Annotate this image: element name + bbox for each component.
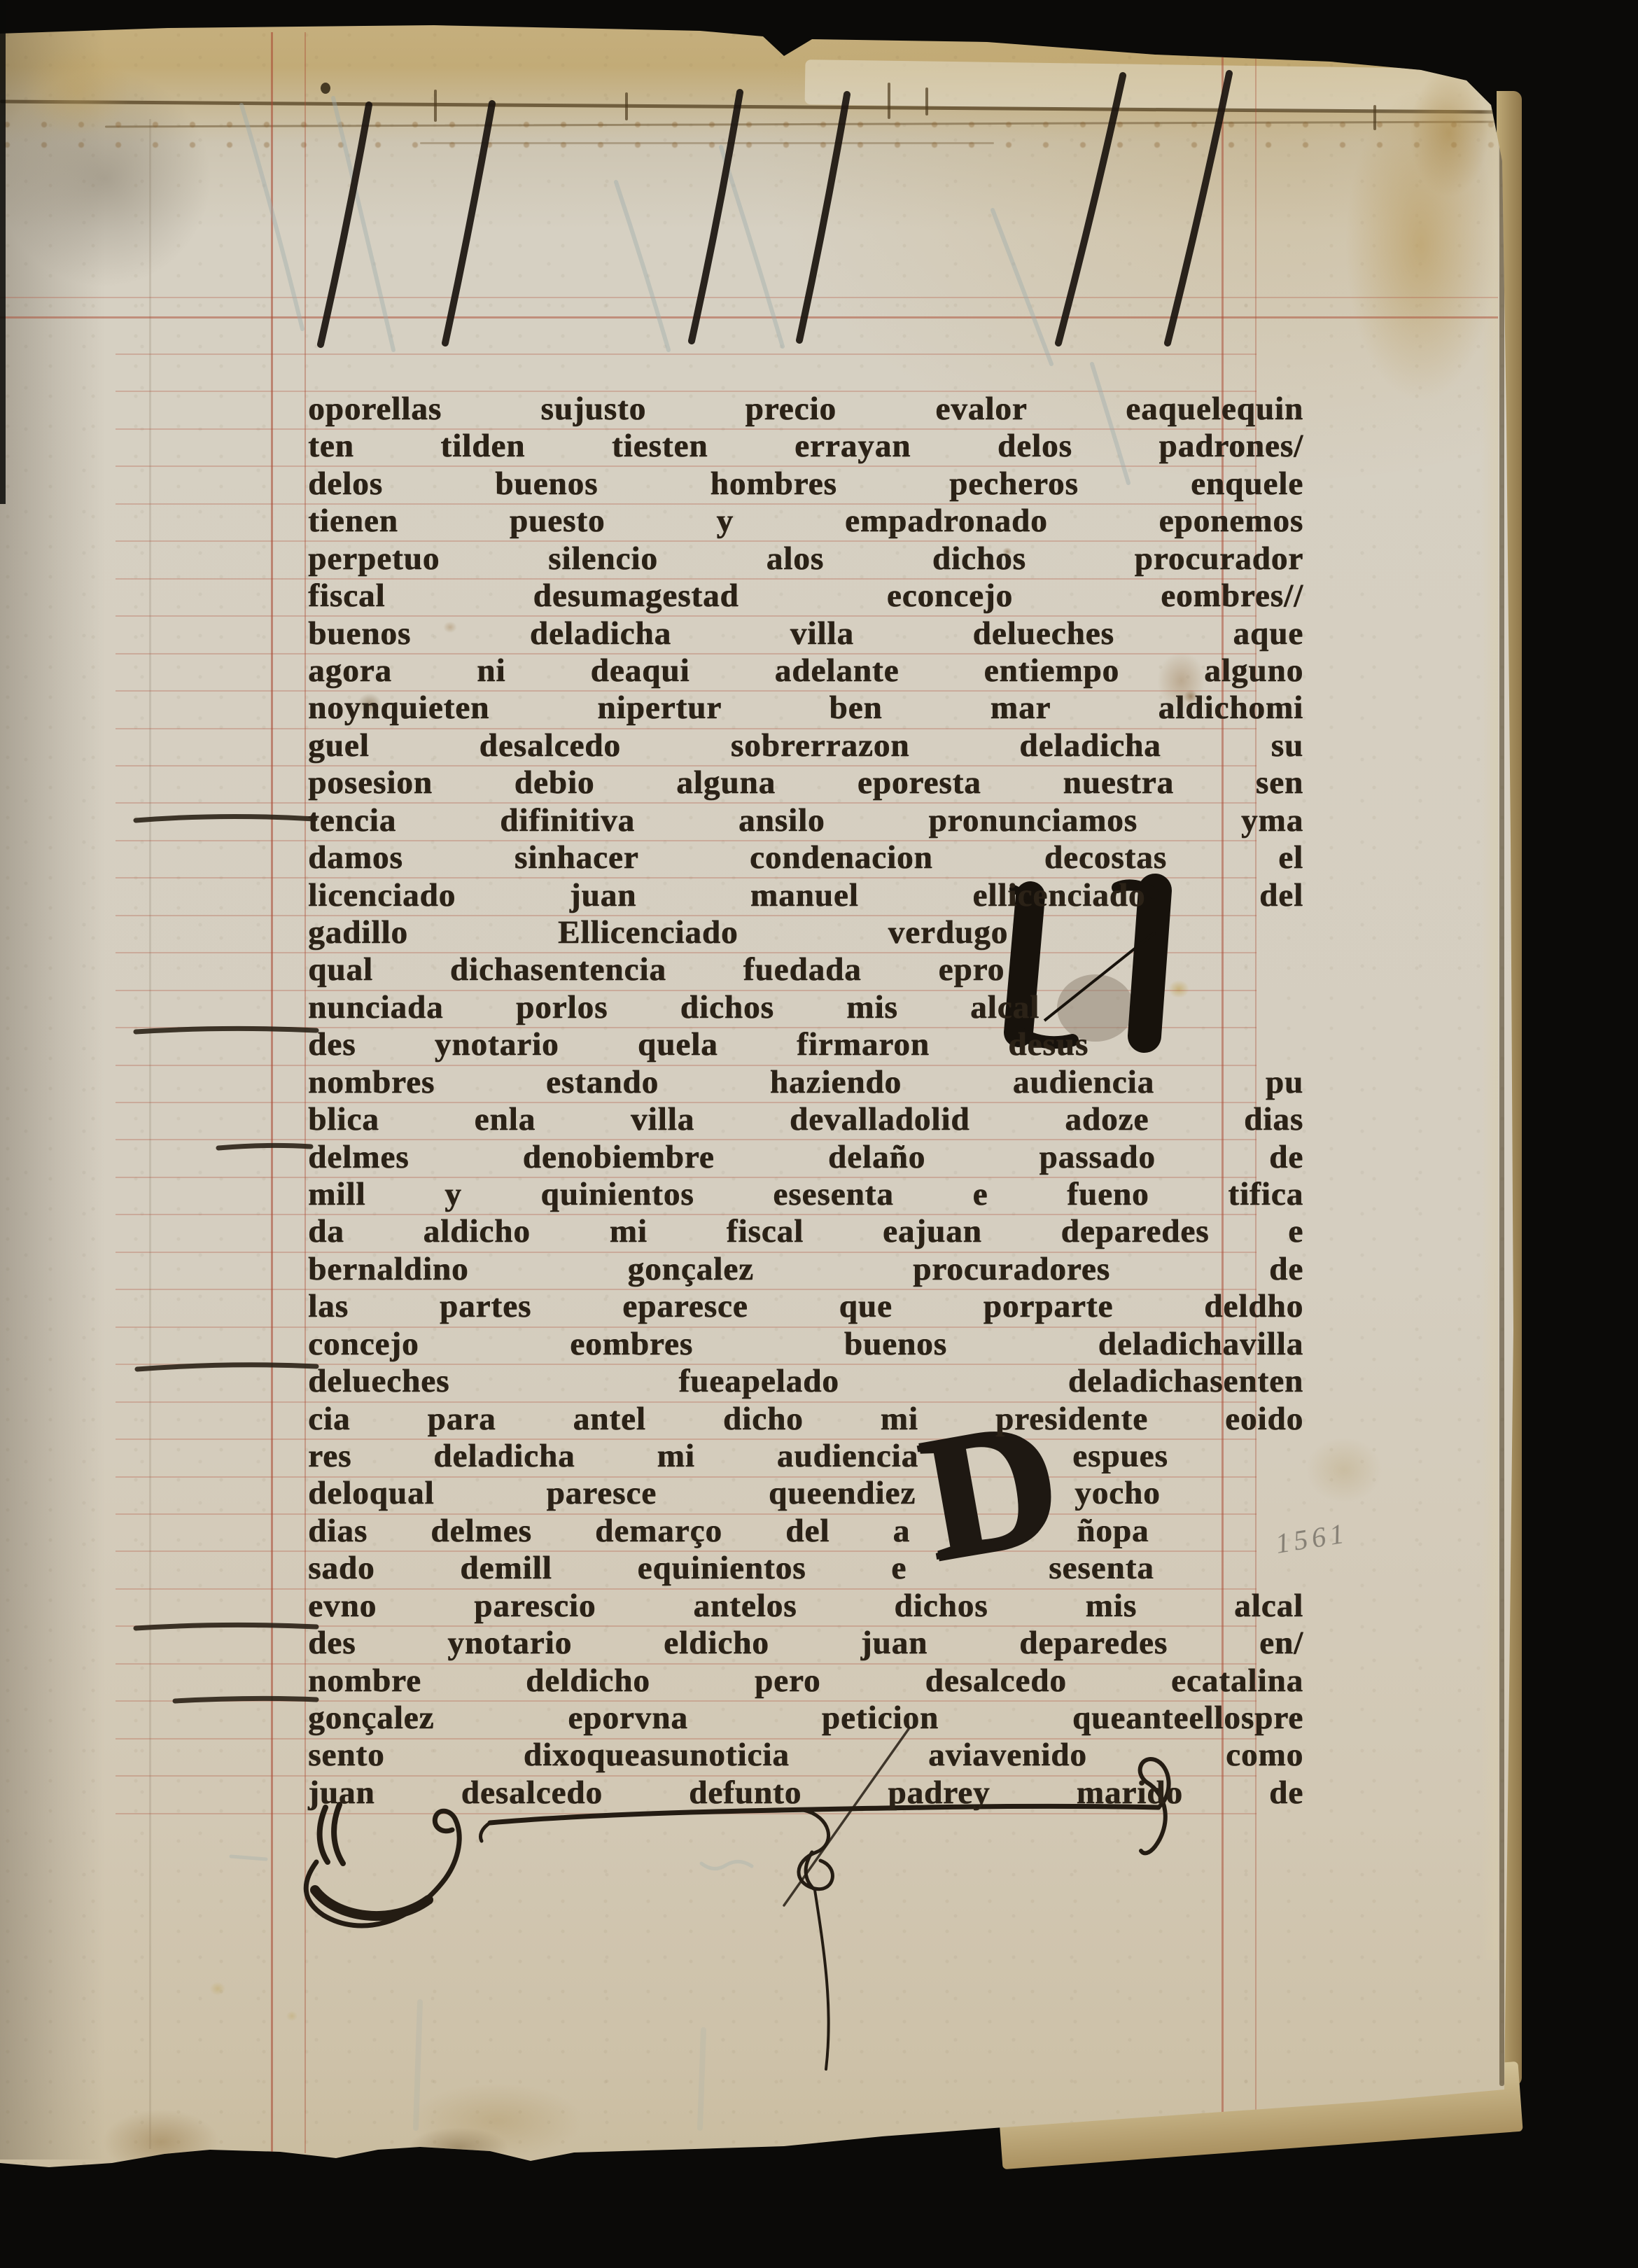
rule-start-hook	[481, 1823, 491, 1841]
manuscript-text-line: nunciada porlos dichos mis alcal	[308, 989, 1039, 1027]
manuscript-text-line: des ynotario eldicho juan deparedes en/	[308, 1625, 1303, 1662]
cancellation-slash	[1058, 76, 1123, 343]
manuscript-text-line: juan desalcedo defunto padrey marido de	[308, 1774, 1303, 1812]
manuscript-text-line: sento dixoqueasunoticia aviavenido como	[308, 1737, 1303, 1774]
manuscript-text-line: des ynotario quela firmaron desus	[308, 1026, 1088, 1064]
flourish-curl	[320, 1805, 343, 1863]
ghost-mark	[416, 2002, 420, 2128]
ghost-slash	[993, 210, 1051, 364]
manuscript-text-line: da aldicho mi fiscal eajuan deparedes e	[308, 1213, 1303, 1251]
manuscript-text-line: sado demill equinientos e	[308, 1550, 906, 1588]
cancellation-slash	[692, 92, 740, 341]
ghost-mark	[231, 1856, 266, 1859]
manuscript-text-line: oporellas sujusto precio evalor eaqueleq…	[308, 391, 1303, 428]
manuscript-text-line: delmes denobiembre delaño passado de	[308, 1139, 1303, 1177]
manuscript-text-line: deloqual paresce queendiez	[308, 1475, 916, 1513]
ghost-slash	[616, 182, 668, 350]
manuscript-text-fragment: ñopa	[1077, 1513, 1149, 1550]
manuscript-text-line: nombre deldicho pero desalcedo ecatalina	[308, 1662, 1303, 1700]
manuscript-text-line: cia para antel dicho mi presidente eoido	[308, 1401, 1303, 1438]
knot-tail	[815, 1890, 829, 2069]
manuscript-text-line: tienen puesto y empadronado eponemos	[308, 503, 1303, 540]
flourish-bowl-thick	[315, 1890, 428, 1916]
manuscript-text-line: fiscal desumagestad econcejo eombres//	[308, 577, 1303, 615]
margin-headstroke	[136, 816, 315, 820]
manuscript-text-fragment: espues	[1072, 1438, 1168, 1476]
manuscript-text-line: concejo eombres buenos deladichavilla	[308, 1326, 1303, 1364]
left-edge-shadow	[0, 0, 6, 504]
manuscript-text-line: ten tilden tiesten errayan delos padrone…	[308, 428, 1303, 465]
manuscript-text-line: delueches fueapelado deladichasenten	[308, 1363, 1303, 1401]
manuscript-text-line: mill y quinientos esesenta e fueno tific…	[308, 1176, 1303, 1214]
ghost-mark	[700, 2030, 703, 2128]
manuscript-text-line: perpetuo silencio alos dichos procurador	[308, 540, 1303, 578]
margin-headstroke	[137, 1365, 316, 1369]
cancellation-slash	[1168, 73, 1229, 343]
photograph-backdrop: { "document": { "marginalia": { "pencil_…	[0, 0, 1638, 2268]
manuscript-text-fragment: sesenta	[1049, 1550, 1154, 1588]
manuscript-text-line: res deladicha mi audiencia	[308, 1438, 918, 1476]
manuscript-text-line: noynquieten nipertur ben mar aldichomi	[308, 689, 1303, 727]
manuscript-text-line: posesion debio alguna eporesta nuestra s…	[308, 764, 1303, 802]
cancellation-slash	[445, 104, 492, 343]
cancellation-slashes-group	[321, 73, 1229, 344]
manuscript-text-line: gonçalez eporvna peticion queanteellospr…	[308, 1700, 1303, 1737]
manuscript-text-line: nombres estando haziendo audiencia pu	[308, 1064, 1303, 1102]
manuscript-text-line: guel desalcedo sobrerrazon deladicha su	[308, 727, 1303, 765]
manuscript-text-line: tencia difinitiva ansilo pronunciamos ym…	[308, 802, 1303, 840]
margin-headstroke	[175, 1698, 316, 1701]
manuscript-text-line: damos sinhacer condenacion decostas el	[308, 839, 1303, 877]
manuscript-page: D oporellas sujusto precio evalor eaquel…	[0, 0, 1638, 2268]
cancellation-slash	[799, 94, 847, 340]
ghost-slash	[721, 147, 783, 346]
manuscript-text-line: gadillo Ellicenciado verdugo	[308, 914, 1008, 952]
manuscript-text-line: licenciado juan manuel ellicenciado del	[308, 877, 1303, 915]
margin-headstroke	[136, 1028, 316, 1032]
manuscript-text-fragment: yocho	[1074, 1475, 1161, 1513]
manuscript-text-line: qual dichasentencia fuedada epro	[308, 951, 1004, 989]
manuscript-text-line: dias delmes demarço del a	[308, 1513, 910, 1550]
manuscript-text-line: blica enla villa devalladolid adoze dias	[308, 1101, 1303, 1139]
ghost-mark	[701, 1861, 752, 1868]
margin-headstrokes-group	[136, 816, 316, 1701]
margin-headstroke	[218, 1145, 311, 1148]
manuscript-text-line: las partes eparesce que porparte deldho	[308, 1288, 1303, 1326]
manuscript-text-line: evno parescio antelos dichos mis alcal	[308, 1588, 1303, 1625]
manuscript-text-line: agora ni deaqui adelante entiempo alguno	[308, 652, 1303, 690]
margin-headstroke	[136, 1625, 316, 1628]
ghost-slash	[241, 105, 302, 329]
manuscript-text-line: bernaldino gonçalez procuradores de	[308, 1251, 1303, 1289]
manuscript-text-line: delos buenos hombres pecheros enquele	[308, 465, 1303, 503]
manuscript-text-line: buenos deladicha villa delueches aque	[308, 615, 1303, 653]
